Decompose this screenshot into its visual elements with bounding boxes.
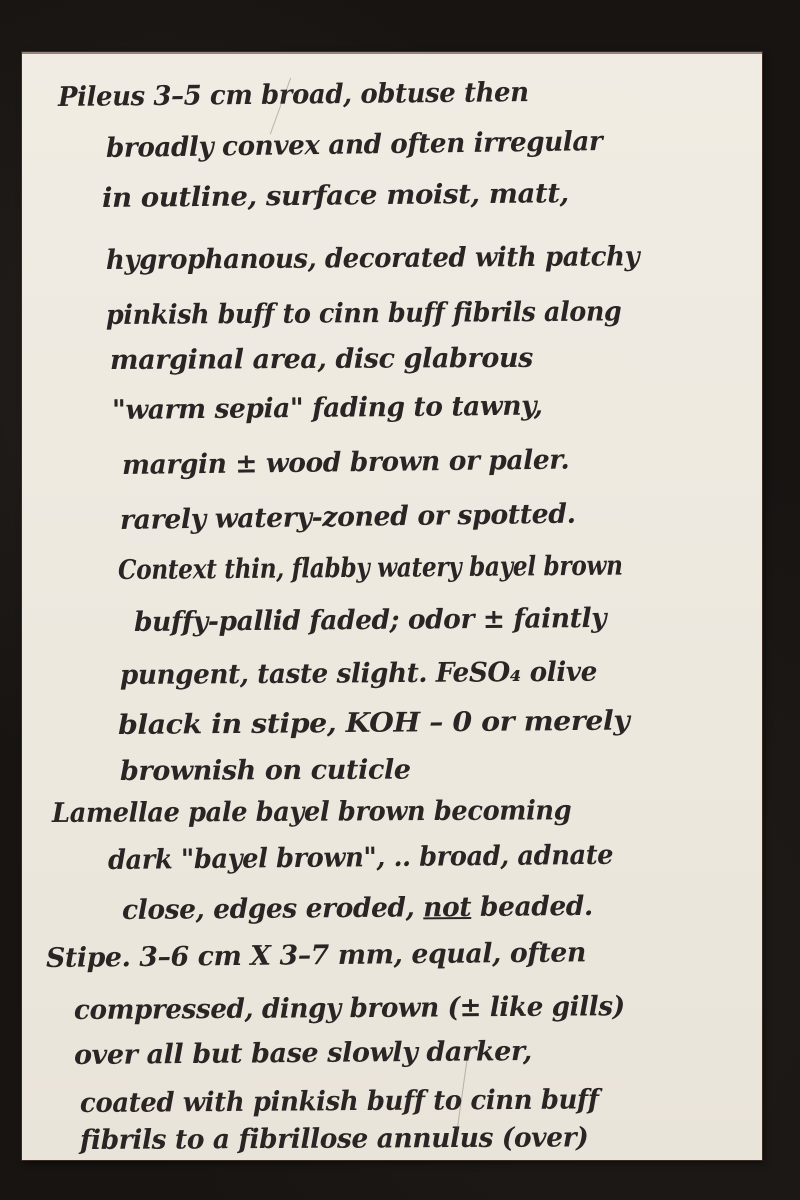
pileus-line-11: buffy-pallid faded; odor ± faintly bbox=[134, 605, 606, 636]
index-card: Pileus 3–5 cm broad, obtuse then broadly… bbox=[22, 52, 762, 1160]
pileus-line-6: marginal area, disc glabrous bbox=[110, 345, 533, 374]
emphasized-word: not bbox=[423, 892, 471, 923]
pileus-line-7: "warm sepia" fading to tawny, bbox=[112, 392, 543, 424]
pileus-line-1: Pileus 3–5 cm broad, obtuse then bbox=[58, 79, 529, 111]
pileus-line-10: Context thin, flabby watery bayel brown bbox=[118, 553, 623, 584]
pileus-line-5: pinkish buff to cinn buff fibrils along bbox=[106, 298, 622, 329]
pileus-line-3: in outline, surface moist, matt, bbox=[102, 180, 569, 212]
stipe-line-2: compressed, dingy brown (± like gills) bbox=[74, 993, 625, 1024]
pileus-line-4: hygrophanous, decorated with patchy bbox=[106, 243, 639, 274]
stipe-line-4: coated with pinkish buff to cinn buff bbox=[80, 1086, 599, 1117]
pileus-line-14: brownish on cuticle bbox=[120, 756, 411, 785]
pileus-line-8: margin ± wood brown or paler. bbox=[122, 447, 570, 479]
card-top-edge bbox=[22, 52, 762, 54]
pileus-line-12: pungent, taste slight. FeSO₄ olive bbox=[120, 659, 597, 689]
stipe-line-1: Stipe. 3–6 cm X 3–7 mm, equal, often bbox=[46, 939, 586, 972]
pileus-line-9: rarely watery-zoned or spotted. bbox=[120, 501, 576, 534]
lamellae-line-3: close, edges eroded, not beaded. bbox=[122, 893, 593, 924]
stipe-line-5: fibrils to a fibrillose annulus (over) bbox=[80, 1124, 588, 1154]
lamellae-line-2: dark "bayel brown", .. broad, adnate bbox=[108, 842, 613, 874]
stipe-line-3: over all but base slowly darker, bbox=[74, 1038, 532, 1069]
pileus-line-13: black in stipe, KOH – 0 or merely bbox=[118, 708, 630, 739]
pileus-line-2: broadly convex and often irregular bbox=[106, 128, 603, 162]
lamellae-line-1: Lamellae pale bayel brown becoming bbox=[52, 797, 571, 827]
